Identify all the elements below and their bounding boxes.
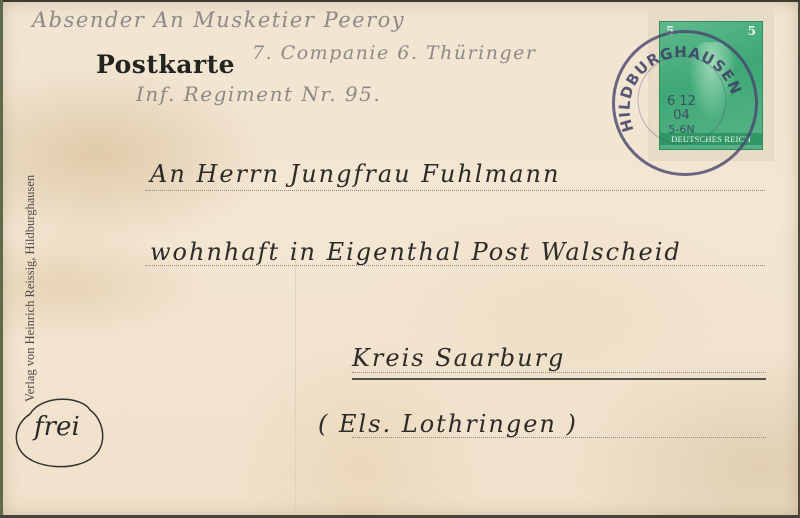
address-line-1: An Herrn Jungfrau Fuhlmann [150, 160, 560, 188]
faint-divider-line [295, 250, 296, 510]
address-dotted-line-1 [145, 190, 765, 191]
sender-pencil-line-1: Absender An Musketier Peeroy [32, 8, 405, 32]
postmark-cancellation: HILDBURGHAUSEN 6 12 04 5-6N [612, 30, 758, 176]
postmark-date-day-month: 6 12 [667, 95, 696, 109]
address-line-2: wohnhaft in Eigenthal Post Walscheid [150, 238, 682, 266]
frei-mark: frei [12, 392, 107, 472]
sender-pencil-line-3: Inf. Regiment Nr. 95. [136, 82, 381, 106]
publisher-imprint: Verlag von Heinrich Reissig, Hildburghau… [23, 142, 38, 402]
postcard-title: Postkarte [96, 50, 235, 79]
postmark-date-year: 04 [667, 109, 696, 123]
address-line-4: ( Els. Lothringen ) [318, 410, 578, 438]
address-underline [352, 378, 766, 380]
card-top-edge [0, 0, 800, 2]
frei-text: frei [34, 412, 80, 442]
sender-pencil-line-2: 7. Companie 6. Thüringer [252, 42, 536, 64]
postcard-back: Absender An Musketier Peeroy 7. Companie… [0, 0, 800, 518]
postmark-time: 5-6N [667, 123, 696, 137]
card-left-edge [0, 0, 3, 518]
address-line-3: Kreis Saarburg [352, 344, 565, 372]
address-dotted-line-3 [352, 372, 766, 373]
address-dotted-line-2 [145, 265, 765, 266]
postmark-date: 6 12 04 5-6N [667, 95, 696, 137]
address-dotted-line-4 [352, 437, 766, 438]
